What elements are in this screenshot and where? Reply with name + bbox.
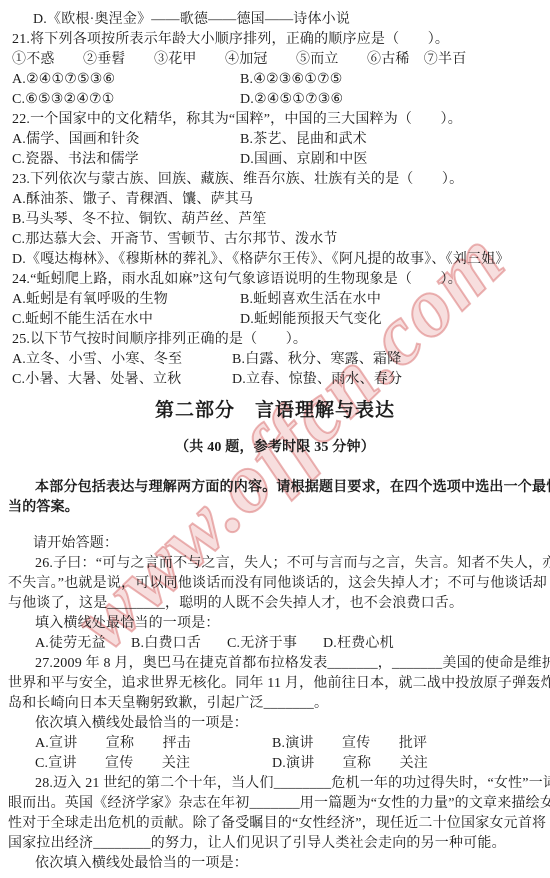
q22-options-ab: A.儒学、国画和针灸B.茶艺、昆曲和武术: [0, 130, 550, 150]
section-instructions-line1: 本部分包括表达与理解两方面的内容。请根据题目要求，在四个选项中选出一个最恰: [0, 478, 550, 498]
q28-stem-line1: 28.迈入 21 世纪的第二个十年，当人们________危机一年的功过得失时，…: [0, 774, 550, 794]
q26-stem-line1: 26.子曰：“可与之言而不与之言，失人；不可与言而与之言，失言。知者不失人，亦: [0, 554, 550, 574]
q25-options-cd: C.小暑、大暑、处暑、立秋D.立春、惊蛰、雨水、春分: [0, 370, 550, 390]
q23-option-d: D.《嘎达梅林》、《穆斯林的葬礼》、《格萨尔王传》、《阿凡提的故事》、《刘三姐》: [0, 250, 550, 270]
q21-options-ab: A.②④①⑦⑤③⑥B.④②③⑥①⑦⑤: [0, 70, 550, 90]
q23-option-b: B.马头琴、冬不拉、铜钦、葫芦丝、芦笙: [0, 210, 550, 230]
option-cell: B.④②③⑥①⑦⑤: [240, 70, 343, 90]
q23-option-a: A.酥油茶、馓子、青稞酒、馕、萨其马: [0, 190, 550, 210]
q22-options-cd: C.瓷器、书法和儒学D.国画、京剧和中医: [0, 150, 550, 170]
q28-stem-line3: 性对于全球走出危机的贡献。除了备受瞩目的“女性经济”，现任近二十位国家女元首将: [0, 814, 550, 834]
q20-option-d: D.《欧根·奥涅金》——歌德——德国——诗体小说: [0, 10, 550, 30]
q24-options-cd: C.蚯蚓不能生活在水中D.蚯蚓能预报天气变化: [0, 310, 550, 330]
option-cell: A.儒学、国画和针灸: [12, 130, 240, 150]
q21-stem: 21.将下列各项按所表示年龄大小顺序排列，正确的顺序应是（ ）。: [0, 30, 550, 50]
q23-stem: 23.下列依次与蒙古族、回族、藏族、维吾尔族、壮族有关的是（ ）。: [0, 170, 550, 190]
q25-options-ab: A.立冬、小雪、小寒、冬至B.白露、秋分、寒露、霜降: [0, 350, 550, 370]
q26-stem-line3: 与他谈了，这是________，聪明的人既不会失掉人才，也不会浪费口舌。: [0, 594, 550, 614]
section-subtitle: （共 40 题，参考时限 35 分钟）: [0, 438, 550, 458]
q21-items: ①不惑 ②垂髫 ③花甲 ④加冠 ⑤而立 ⑥古稀 ⑦半百: [0, 50, 550, 70]
option-cell: B.蚯蚓喜欢生活在水中: [240, 290, 381, 310]
option-cell: C.蚯蚓不能生活在水中: [12, 310, 240, 330]
q21-options-cd: C.⑥⑤③②④⑦①D.②④⑤①⑦③⑥: [0, 90, 550, 110]
q27-stem-line2: 世界和平与安全，追求世界无核化。同年 11 月，他前往日本，就二战中投放原子弹轰…: [0, 674, 550, 694]
q26-options: A.徒劳无益B.白费口舌C.无济于事D.枉费心机: [0, 634, 550, 654]
q24-options-ab: A.蚯蚓是有氧呼吸的生物B.蚯蚓喜欢生活在水中: [0, 290, 550, 310]
q27-prompt: 依次填入横线处最恰当的一项是：: [0, 714, 550, 734]
q26-stem-line2: 不失言。”也就是说，可以同他谈话而没有同他谈话的，这会失掉人才；不可与他谈话却: [0, 574, 550, 594]
option-cell: C.宣讲 宣传 关注: [35, 754, 272, 774]
q28-stem-line4: 国家拉出经济________的努力，让人们见识了引导人类社会走向的另一种可能。: [0, 834, 550, 854]
option-cell: A.徒劳无益: [35, 634, 131, 654]
option-cell: B.茶艺、昆曲和武术: [240, 130, 367, 150]
section-title: 第二部分 言语理解与表达: [0, 398, 550, 424]
q22-stem: 22.一个国家中的文化精华，称其为“国粹”，中国的三大国粹为（ ）。: [0, 110, 550, 130]
option-cell: C.⑥⑤③②④⑦①: [12, 90, 240, 110]
q24-stem: 24.“蚯蚓爬上路，雨水乱如麻”这句气象谚语说明的生物现象是（ ）。: [0, 270, 550, 290]
q26-prompt: 填入横线处最恰当的一项是：: [0, 614, 550, 634]
option-cell: D.国画、京剧和中医: [240, 150, 368, 170]
begin-answer-label: 请开始答题：: [0, 534, 550, 554]
option-cell: D.枉费心机: [323, 634, 394, 654]
option-cell: C.小暑、大暑、处暑、立秋: [12, 370, 232, 390]
q27-stem-line3: 岛和长崎向日本天皇鞠躬致歉，引起广泛_______。: [0, 694, 550, 714]
option-cell: B.演讲 宣传 批评: [272, 734, 427, 754]
q25-stem: 25.以下节气按时间顺序排列正确的是（ ）。: [0, 330, 550, 350]
exam-content: D.《欧根·奥涅金》——歌德——德国——诗体小说21.将下列各项按所表示年龄大小…: [0, 0, 550, 874]
q23-option-c: C.那达慕大会、开斋节、雪顿节、古尔邦节、泼水节: [0, 230, 550, 250]
q27-options-ab: A.宣讲 宣称 抨击B.演讲 宣传 批评: [0, 734, 550, 754]
option-cell: D.立春、惊蛰、雨水、春分: [232, 370, 402, 390]
q27-stem-line1: 27.2009 年 8 月，奥巴马在捷克首都布拉格发表_______，_____…: [0, 654, 550, 674]
option-cell: D.蚯蚓能预报天气变化: [240, 310, 382, 330]
option-cell: D.演讲 宣称 关注: [272, 754, 428, 774]
option-cell: A.蚯蚓是有氧呼吸的生物: [12, 290, 240, 310]
option-cell: A.②④①⑦⑤③⑥: [12, 70, 240, 90]
option-cell: B.白费口舌: [131, 634, 227, 654]
option-cell: D.②④⑤①⑦③⑥: [240, 90, 343, 110]
section-instructions-line2: 当的答案。: [0, 498, 550, 518]
exam-document-page: www.offcn.com D.《欧根·奥涅金》——歌德——德国——诗体小说21…: [0, 0, 550, 878]
option-cell: C.无济于事: [227, 634, 323, 654]
q28-stem-line2: 眼而出。英国《经济学家》杂志在年初_______用一篇题为“女性的力量”的文章来…: [0, 794, 550, 814]
option-cell: C.瓷器、书法和儒学: [12, 150, 240, 170]
option-cell: B.白露、秋分、寒露、霜降: [232, 350, 401, 370]
q27-options-cd: C.宣讲 宣传 关注D.演讲 宣称 关注: [0, 754, 550, 774]
q28-prompt: 依次填入横线处最恰当的一项是：: [0, 854, 550, 874]
option-cell: A.宣讲 宣称 抨击: [35, 734, 272, 754]
option-cell: A.立冬、小雪、小寒、冬至: [12, 350, 232, 370]
